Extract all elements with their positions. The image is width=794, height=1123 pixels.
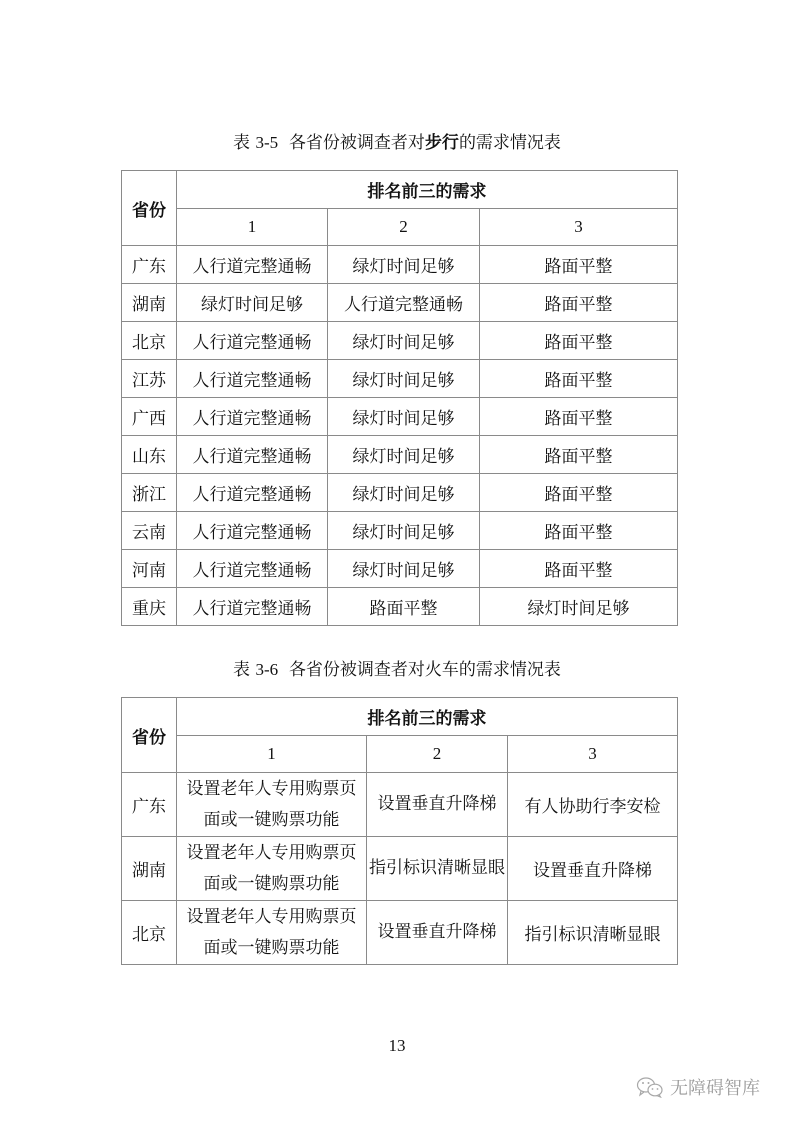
province-cell: 重庆 — [122, 588, 177, 626]
need-cell: 路面平整 — [480, 398, 678, 436]
province-cell: 河南 — [122, 550, 177, 588]
table-row: 湖南 设置老年人专用购票页面或一键购票功能 指引标识清晰显眼 设置垂直升降梯 — [122, 837, 678, 901]
train-needs-table: 省份 排名前三的需求 1 2 3 广东 设置老年人专用购票页面或一键购票功能 设… — [121, 697, 678, 965]
watermark: 无障碍智库 — [636, 1074, 760, 1100]
need-cell: 路面平整 — [480, 360, 678, 398]
header-province: 省份 — [122, 171, 177, 246]
need-cell: 绿灯时间足够 — [328, 436, 480, 474]
need-cell: 设置垂直升降梯 — [367, 901, 508, 965]
need-cell: 人行道完整通畅 — [177, 474, 328, 512]
need-cell: 绿灯时间足够 — [328, 398, 480, 436]
caption-text-after: 的需求情况表 — [459, 133, 561, 153]
rank-label: 3 — [508, 736, 678, 773]
need-cell: 绿灯时间足够 — [177, 284, 328, 322]
need-cell: 路面平整 — [480, 284, 678, 322]
need-cell: 绿灯时间足够 — [328, 360, 480, 398]
caption-prefix: 表 — [233, 133, 250, 153]
need-cell: 人行道完整通畅 — [328, 284, 480, 322]
province-cell: 云南 — [122, 512, 177, 550]
table-row: 重庆 人行道完整通畅 路面平整 绿灯时间足够 — [122, 588, 678, 626]
province-cell: 广东 — [122, 773, 177, 837]
rank-label: 2 — [367, 736, 508, 773]
need-cell: 绿灯时间足够 — [328, 550, 480, 588]
province-cell: 江苏 — [122, 360, 177, 398]
caption-text: 各省份被调查者对 — [289, 133, 425, 153]
need-cell: 路面平整 — [480, 550, 678, 588]
table-row: 广东 人行道完整通畅 绿灯时间足够 路面平整 — [122, 246, 678, 284]
need-cell: 路面平整 — [328, 588, 480, 626]
rank-label: 2 — [328, 209, 480, 246]
need-cell: 绿灯时间足够 — [328, 474, 480, 512]
need-cell: 指引标识清晰显眼 — [508, 901, 678, 965]
rank-label: 3 — [480, 209, 678, 246]
rank-label: 1 — [177, 736, 367, 773]
need-cell: 路面平整 — [480, 474, 678, 512]
table-row: 广东 设置老年人专用购票页面或一键购票功能 设置垂直升降梯 有人协助行李安检 — [122, 773, 678, 837]
need-cell: 设置老年人专用购票页面或一键购票功能 — [177, 837, 367, 901]
table-rank-row: 1 2 3 — [122, 209, 678, 246]
need-cell: 指引标识清晰显眼 — [367, 837, 508, 901]
caption-bold-text: 步行 — [425, 133, 459, 153]
table-row: 云南 人行道完整通畅 绿灯时间足够 路面平整 — [122, 512, 678, 550]
need-cell: 设置老年人专用购票页面或一键购票功能 — [177, 773, 367, 837]
province-cell: 湖南 — [122, 837, 177, 901]
need-cell: 人行道完整通畅 — [177, 512, 328, 550]
table-caption-walking: 表 3-5 各省份被调查者对步行的需求情况表 — [0, 132, 794, 154]
table-row: 湖南 绿灯时间足够 人行道完整通畅 路面平整 — [122, 284, 678, 322]
province-cell: 北京 — [122, 322, 177, 360]
province-cell: 广西 — [122, 398, 177, 436]
province-cell: 湖南 — [122, 284, 177, 322]
need-cell: 人行道完整通畅 — [177, 588, 328, 626]
need-cell: 人行道完整通畅 — [177, 360, 328, 398]
table-caption-train: 表 3-6 各省份被调查者对火车的需求情况表 — [0, 659, 794, 681]
watermark-text: 无障碍智库 — [670, 1074, 760, 1100]
table-row: 广西 人行道完整通畅 绿灯时间足够 路面平整 — [122, 398, 678, 436]
need-cell: 路面平整 — [480, 246, 678, 284]
wechat-icon — [636, 1076, 664, 1098]
need-cell: 绿灯时间足够 — [480, 588, 678, 626]
need-cell: 设置垂直升降梯 — [367, 773, 508, 837]
header-top-needs: 排名前三的需求 — [177, 171, 678, 209]
rank-label: 1 — [177, 209, 328, 246]
caption-prefix: 表 — [233, 660, 250, 680]
need-cell: 人行道完整通畅 — [177, 246, 328, 284]
walking-needs-table: 省份 排名前三的需求 1 2 3 广东 人行道完整通畅 绿灯时间足够 路面平整 … — [121, 170, 678, 626]
need-cell: 绿灯时间足够 — [328, 322, 480, 360]
header-top-needs: 排名前三的需求 — [177, 698, 678, 736]
header-province: 省份 — [122, 698, 177, 773]
need-cell: 路面平整 — [480, 512, 678, 550]
need-cell: 有人协助行李安检 — [508, 773, 678, 837]
caption-number: 3-6 — [255, 660, 278, 679]
province-cell: 浙江 — [122, 474, 177, 512]
table-row: 江苏 人行道完整通畅 绿灯时间足够 路面平整 — [122, 360, 678, 398]
need-cell: 人行道完整通畅 — [177, 322, 328, 360]
need-cell: 绿灯时间足够 — [328, 512, 480, 550]
table-rank-row: 1 2 3 — [122, 736, 678, 773]
table-row: 北京 人行道完整通畅 绿灯时间足够 路面平整 — [122, 322, 678, 360]
caption-number: 3-5 — [255, 133, 278, 152]
table-row: 北京 设置老年人专用购票页面或一键购票功能 设置垂直升降梯 指引标识清晰显眼 — [122, 901, 678, 965]
need-cell: 人行道完整通畅 — [177, 398, 328, 436]
need-cell: 人行道完整通畅 — [177, 436, 328, 474]
table-header-row: 省份 排名前三的需求 — [122, 171, 678, 209]
table-row: 浙江 人行道完整通畅 绿灯时间足够 路面平整 — [122, 474, 678, 512]
need-cell: 设置老年人专用购票页面或一键购票功能 — [177, 901, 367, 965]
table-header-row: 省份 排名前三的需求 — [122, 698, 678, 736]
table-row: 山东 人行道完整通畅 绿灯时间足够 路面平整 — [122, 436, 678, 474]
need-cell: 设置垂直升降梯 — [508, 837, 678, 901]
province-cell: 北京 — [122, 901, 177, 965]
province-cell: 山东 — [122, 436, 177, 474]
caption-text: 各省份被调查者对火车的需求情况表 — [289, 660, 561, 680]
need-cell: 路面平整 — [480, 322, 678, 360]
need-cell: 人行道完整通畅 — [177, 550, 328, 588]
table-row: 河南 人行道完整通畅 绿灯时间足够 路面平整 — [122, 550, 678, 588]
province-cell: 广东 — [122, 246, 177, 284]
need-cell: 路面平整 — [480, 436, 678, 474]
page-number: 13 — [0, 1036, 794, 1056]
need-cell: 绿灯时间足够 — [328, 246, 480, 284]
